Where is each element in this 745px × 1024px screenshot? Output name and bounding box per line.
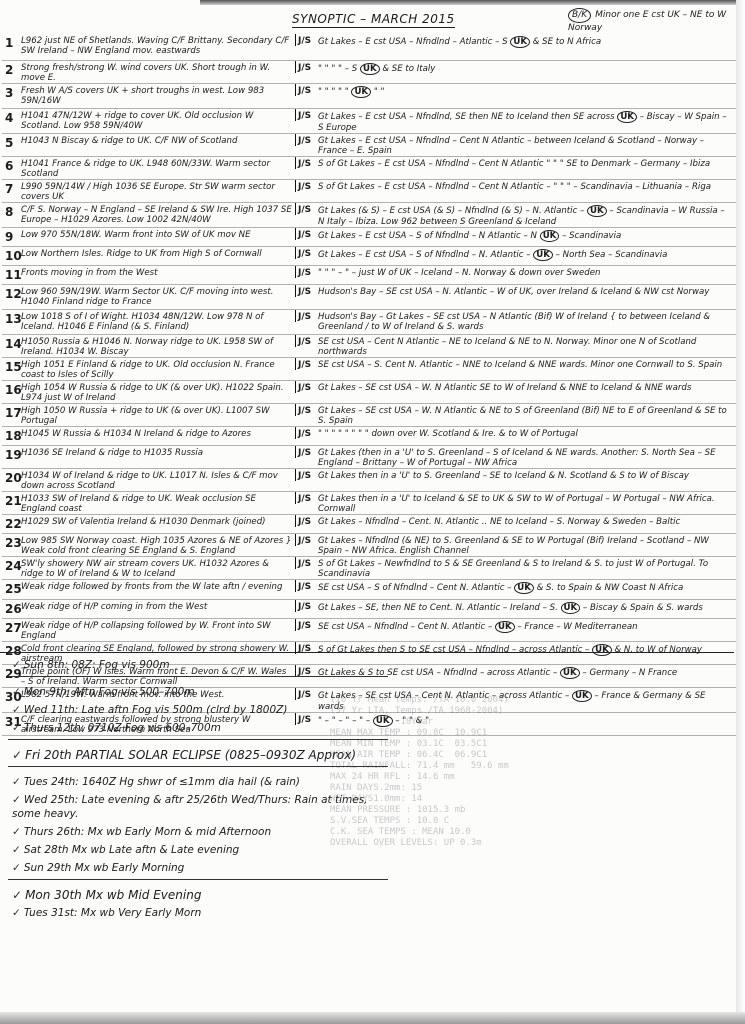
jet-stream-path: Gt Lakes (then in a 'U' to S. Greenland … [318, 446, 737, 468]
uk-circle: UK [514, 582, 534, 594]
page-title: SYNOPTIC – MARCH 2015 [292, 12, 455, 28]
note-text: Thurs 26th: Mx wb Early Morn & mid After… [24, 826, 271, 838]
jet-stream-label: J/S [295, 492, 318, 504]
jet-stream-path: Gt Lakes then in a 'U' to S. Greenland –… [318, 469, 737, 481]
jet-stream-label: J/S [295, 358, 318, 370]
day-number: 13 [2, 310, 21, 328]
weather-note: ✓Sun 8th: 08Z: Fog vis 900m [8, 656, 388, 677]
day-number: 11 [2, 266, 21, 284]
day-number: 6 [2, 157, 21, 175]
checkmark-icon: ✓ [12, 862, 21, 874]
jet-path-after: – " " & " [395, 716, 429, 726]
checkmark-icon: ✓ [12, 659, 21, 671]
jet-stream-label: J/S [295, 285, 318, 297]
jet-stream-label: J/S [295, 34, 318, 46]
checkmark-icon: ✓ [12, 722, 21, 734]
checkmark-icon: ✓ [12, 844, 21, 856]
day-number: 3 [2, 84, 21, 102]
day-number: 15 [2, 358, 21, 376]
day-number: 22 [2, 515, 21, 533]
jet-path-after: – Biscay & Spain & S. wards [583, 603, 703, 613]
scan-edge-top [200, 0, 745, 5]
jet-stream-path: Gt Lakes – E cst USA – S of Nfndlnd – N … [318, 228, 737, 242]
day-row: 23Low 985 SW Norway coast. High 1035 Azo… [2, 534, 737, 557]
jet-stream-path: SE cst USA – S. Cent N. Atlantic – NNE t… [318, 358, 737, 370]
jet-path-text: Gt Lakes – Nfndlnd (& NE) to S. Greenlan… [318, 536, 709, 556]
jet-path-text: SE cst USA – S. Cent N. Atlantic – NNE t… [318, 360, 722, 370]
note-text: Mon 30th Mx wb Mid Evening [25, 888, 201, 902]
synoptic-description: Fronts moving in from the West [21, 266, 293, 278]
scanned-page: (10 Yr Mean Temps: /TA 10.0 2004)(37 Yr … [0, 0, 737, 1012]
weather-note: ✓Mon 30th Mx wb Mid Evening [8, 886, 388, 904]
jet-path-text: Gt Lakes (& S) – E cst USA (& S) – Nfndl… [318, 206, 584, 216]
weather-note: ✓Thurs 12th: 0710Z Fog vis 600–700m [8, 719, 388, 740]
checkmark-icon: ✓ [12, 704, 21, 716]
day-number: 12 [2, 285, 21, 303]
synoptic-description: H1041 47N/12W + ridge to cover UK. Old o… [21, 109, 293, 131]
day-row: 16High 1054 W Russia & ridge to UK (& ov… [2, 381, 737, 404]
day-number: 25 [2, 580, 21, 598]
jet-stream-path: Gt Lakes – SE cst USA – W. N Atlantic & … [318, 404, 737, 426]
day-row: 8C/F S. Norway – N England – SE Ireland … [2, 203, 737, 228]
jet-stream-path: Gt Lakes – E cst USA – Nfndlnd – Atlanti… [318, 34, 737, 48]
jet-path-text: S of Gt Lakes – Newfndlnd to S & SE Gree… [318, 559, 708, 579]
jet-stream-path: SE cst USA – Cent N Atlantic – NE to Ice… [318, 335, 737, 357]
jet-path-after: & N. to W of Norway [614, 645, 702, 655]
day-row: 3Fresh W A/S covers UK + short troughs i… [2, 84, 737, 109]
day-number: 18 [2, 427, 21, 445]
day-row: 25Weak ridge followed by fronts from the… [2, 580, 737, 600]
synoptic-description: H1045 W Russia & H1034 N Ireland & ridge… [21, 427, 293, 439]
synoptic-description: Weak ridge of H/P coming in from the Wes… [21, 600, 293, 612]
synoptic-description: H1041 France & ridge to UK. L948 60N/33W… [21, 157, 293, 179]
day-number: 5 [2, 134, 21, 152]
synoptic-description: H1029 SW of Valentia Ireland & H1030 Den… [21, 515, 293, 527]
synoptic-description: High 1054 W Russia & ridge to UK (& over… [21, 381, 293, 403]
day-row: 13Low 1018 S of I of Wight. H1034 48N/12… [2, 310, 737, 335]
jet-path-text: S of Gt Lakes – E cst USA – Nfndlnd – Ce… [318, 159, 710, 169]
day-row: 1L962 just NE of Shetlands. Waving C/F B… [2, 34, 737, 61]
synoptic-description: High 1051 E Finland & ridge to UK. Old o… [21, 358, 293, 380]
weather-note: ✓Sat 28th Mx wb Late aftn & Late evening [8, 841, 388, 859]
jet-stream-path: Gt Lakes – E cst USA – S of Nfndlnd – N.… [318, 247, 737, 261]
jet-path-text: " " " – " – just W of UK – Iceland – N. … [318, 268, 600, 278]
jet-stream-label: J/S [295, 515, 318, 527]
synoptic-description: H1043 N Biscay & ridge to UK. C/F NW of … [21, 134, 293, 146]
synoptic-description: Weak ridge followed by fronts from the W… [21, 580, 293, 592]
jet-stream-path: S of Gt Lakes – E cst USA – Nfndlnd – Ce… [318, 180, 737, 192]
day-row: 17High 1050 W Russia + ridge to UK (& ov… [2, 404, 737, 427]
day-row: 24SW'ly showery NW air stream covers UK.… [2, 557, 737, 580]
uk-circle: UK [561, 602, 581, 614]
header-note: B/KMinor one E cst UK – NE to W Norway [568, 8, 738, 34]
jet-stream-label: J/S [295, 109, 318, 121]
jet-stream-path: Gt Lakes – Nfndlnd (& NE) to S. Greenlan… [318, 534, 737, 556]
synoptic-description: H1034 W of Ireland & ridge to UK. L1017 … [21, 469, 293, 491]
synoptic-description: Low 1018 S of I of Wight. H1034 48N/12W.… [21, 310, 293, 332]
jet-stream-label: J/S [295, 557, 318, 569]
synoptic-description: L962 just NE of Shetlands. Waving C/F Br… [21, 34, 293, 56]
jet-stream-label: J/S [295, 580, 318, 592]
jet-path-after: – North Sea – Scandinavia [556, 250, 668, 260]
jet-stream-path: Gt Lakes – SE cst USA – W. N Atlantic SE… [318, 381, 737, 393]
uk-circle: UK [533, 249, 553, 261]
day-row: 5H1043 N Biscay & ridge to UK. C/F NW of… [2, 134, 737, 157]
jet-stream-label: J/S [295, 310, 318, 322]
day-row: 14H1050 Russia & H1046 N. Norway ridge t… [2, 335, 737, 358]
checkmark-icon: ✓ [12, 776, 21, 788]
jet-path-text: Gt Lakes (then in a 'U' to S. Greenland … [318, 448, 716, 468]
day-row: 22H1029 SW of Valentia Ireland & H1030 D… [2, 515, 737, 534]
jet-path-text: Gt Lakes – Nfndlnd – Cent. N. Atlantic .… [318, 517, 680, 527]
day-number: 2 [2, 61, 21, 79]
daily-log-table: 1L962 just NE of Shetlands. Waving C/F B… [2, 34, 737, 736]
jet-stream-label: J/S [295, 180, 318, 192]
day-row: 27Weak ridge of H/P collapsing followed … [2, 619, 737, 642]
synoptic-description: Fresh W A/S covers UK + short troughs in… [21, 84, 293, 106]
jet-path-text: S of Gt Lakes then S to SE cst USA – Nfn… [318, 645, 589, 655]
jet-stream-path: Gt Lakes – E cst USA – Nfndlnd – Cent N … [318, 134, 737, 156]
jet-stream-path: SE cst USA – Nfndlnd – Cent N. Atlantic … [318, 619, 737, 633]
jet-stream-label: J/S [295, 469, 318, 481]
jet-path-text: " " " " " [318, 87, 349, 97]
uk-circle: UK [351, 86, 371, 98]
jet-stream-path: S of Gt Lakes then S to SE cst USA – Nfn… [318, 642, 737, 656]
weather-note: ✓Tues 31st: Mx wb Very Early Morn [8, 904, 388, 922]
jet-stream-label: J/S [295, 84, 318, 96]
note-text: Wed 11th: Late aftn Fog vis 500m (clrd b… [24, 704, 288, 716]
jet-stream-path: Gt Lakes then in a 'U' to Iceland & SE t… [318, 492, 737, 514]
weather-note: ✓Mon 9th: Aftn Fog vis 500–700m [8, 683, 388, 701]
synoptic-description: Low 970 55N/18W. Warm front into SW of U… [21, 228, 293, 240]
synoptic-description: H1050 Russia & H1046 N. Norway ridge to … [21, 335, 293, 357]
day-row: 19H1036 SE Ireland & ridge to H1035 Russ… [2, 446, 737, 469]
note-text: Wed 25th: Late evening & aftr 25/26th We… [12, 794, 368, 820]
synoptic-description: Low Northern Isles. Ridge to UK from Hig… [21, 247, 293, 259]
jet-path-after: – France – W Mediterranean [517, 622, 637, 632]
day-number: 8 [2, 203, 21, 221]
jet-stream-path: " " " – " – just W of UK – Iceland – N. … [318, 266, 737, 278]
weather-note: ✓Wed 25th: Late evening & aftr 25/26th W… [8, 791, 388, 823]
day-number: 17 [2, 404, 21, 422]
jet-stream-path: S of Gt Lakes – E cst USA – Nfndlnd – Ce… [318, 157, 737, 169]
jet-path-text: " " " " – S [318, 64, 357, 74]
note-text: Tues 31st: Mx wb Very Early Morn [24, 907, 202, 919]
notes-section: ✓Sun 8th: 08Z: Fog vis 900m✓Mon 9th: Aft… [8, 656, 388, 922]
weather-note: ✓Sun 29th Mx wb Early Morning [8, 859, 388, 880]
day-number: 4 [2, 109, 21, 127]
jet-stream-path: S of Gt Lakes – Newfndlnd to S & SE Gree… [318, 557, 737, 579]
section-divider [0, 652, 734, 653]
weather-note: ✓Tues 24th: 1640Z Hg shwr of ≤1mm dia ha… [8, 773, 388, 791]
day-number: 10 [2, 247, 21, 265]
checkmark-icon: ✓ [12, 826, 21, 838]
header-note-text: Minor one E cst UK – NE to W Norway [568, 10, 726, 33]
weather-note: ✓Wed 11th: Late aftn Fog vis 500m (clrd … [8, 701, 388, 719]
jet-path-text: Gt Lakes – E cst USA – Nfndlnd, SE then … [318, 112, 615, 122]
jet-path-text: Gt Lakes then in a 'U' to S. Greenland –… [318, 471, 689, 481]
day-number: 16 [2, 381, 21, 399]
synoptic-description: Strong fresh/strong W. wind covers UK. S… [21, 61, 293, 83]
jet-stream-label: J/S [295, 228, 318, 240]
synoptic-description: Low 960 59N/19W. Warm Sector UK. C/F mov… [21, 285, 293, 307]
day-number: 19 [2, 446, 21, 464]
day-row: 18H1045 W Russia & H1034 N Ireland & rid… [2, 427, 737, 446]
jet-stream-path: Gt Lakes – Nfndlnd – Cent. N. Atlantic .… [318, 515, 737, 527]
jet-stream-label: J/S [295, 619, 318, 631]
jet-stream-label: J/S [295, 266, 318, 278]
jet-path-after: & S. to Spain & NW Coast N Africa [537, 583, 684, 593]
synoptic-description: SW'ly showery NW air stream covers UK. H… [21, 557, 293, 579]
jet-path-text: SE cst USA – S of Nfndlnd – Cent N. Atla… [318, 583, 512, 593]
jet-stream-label: J/S [295, 203, 318, 215]
jet-stream-path: Hudson's Bay – Gt Lakes – SE cst USA – N… [318, 310, 737, 332]
scan-edge-bottom [0, 1012, 745, 1024]
note-text: Mon 9th: Aftn Fog vis 500–700m [24, 686, 195, 698]
jet-stream-path: Gt Lakes (& S) – E cst USA (& S) – Nfndl… [318, 203, 737, 227]
synoptic-description: High 1050 W Russia + ridge to UK (& over… [21, 404, 293, 426]
jet-path-text: Gt Lakes then in a 'U' to Iceland & SE t… [318, 494, 715, 514]
day-number: 26 [2, 600, 21, 618]
jet-stream-label: J/S [295, 534, 318, 546]
day-row: 26Weak ridge of H/P coming in from the W… [2, 600, 737, 619]
jet-path-after: – Scandinavia [562, 231, 621, 241]
uk-circle: UK [510, 36, 530, 48]
weather-note: ✓Fri 20th PARTIAL SOLAR ECLIPSE (0825–09… [8, 746, 388, 767]
uk-circle: UK [495, 621, 515, 633]
note-text: Fri 20th PARTIAL SOLAR ECLIPSE (0825–093… [25, 748, 356, 762]
checkmark-icon: ✓ [12, 748, 22, 762]
day-row: 15High 1051 E Finland & ridge to UK. Old… [2, 358, 737, 381]
day-row: 9Low 970 55N/18W. Warm front into SW of … [2, 228, 737, 247]
jet-path-text: S of Gt Lakes – E cst USA – Nfndlnd – Ce… [318, 182, 711, 192]
synoptic-description: Low 985 SW Norway coast. High 1035 Azore… [21, 534, 293, 556]
uk-circle: UK [360, 63, 380, 75]
day-row: 6H1041 France & ridge to UK. L948 60N/33… [2, 157, 737, 180]
jet-path-text: SE cst USA – Nfndlnd – Cent N. Atlantic … [318, 622, 492, 632]
jet-stream-label: J/S [295, 247, 318, 259]
jet-stream-path: " " " " – S UK & SE to Italy [318, 61, 737, 75]
checkmark-icon: ✓ [12, 888, 22, 902]
day-row: 21H1033 SW of Ireland & ridge to UK. Wea… [2, 492, 737, 515]
jet-stream-label: J/S [295, 134, 318, 146]
jet-stream-path: Gt Lakes – E cst USA – Nfndlnd, SE then … [318, 109, 737, 133]
day-number: 27 [2, 619, 21, 637]
jet-path-after: " " [374, 87, 385, 97]
day-row: 7L990 59N/14W / High 1036 SE Europe. Str… [2, 180, 737, 203]
note-text: Sun 8th: 08Z: Fog vis 900m [24, 659, 170, 671]
day-number: 20 [2, 469, 21, 487]
synoptic-description: Weak ridge of H/P collapsing followed by… [21, 619, 293, 641]
day-number: 23 [2, 534, 21, 552]
uk-circle: UK [540, 230, 560, 242]
jet-stream-label: J/S [295, 600, 318, 612]
jet-stream-label: J/S [295, 157, 318, 169]
jet-stream-path: SE cst USA – S of Nfndlnd – Cent N. Atla… [318, 580, 737, 594]
day-number: 21 [2, 492, 21, 510]
uk-circle: UK [572, 690, 592, 702]
day-row: 2Strong fresh/strong W. wind covers UK. … [2, 61, 737, 84]
jet-path-text: Hudson's Bay – Gt Lakes – SE cst USA – N… [318, 312, 710, 332]
synoptic-description: H1036 SE Ireland & ridge to H1035 Russia [21, 446, 293, 458]
scan-edge-right [736, 0, 745, 1024]
synoptic-description: L990 59N/14W / High 1036 SE Europe. Str … [21, 180, 293, 202]
jet-path-text: Gt Lakes – E cst USA – S of Nfndlnd – N.… [318, 250, 531, 260]
jet-path-text: Gt Lakes – SE cst USA – W. N Atlantic & … [318, 406, 727, 426]
synoptic-description: H1033 SW of Ireland & ridge to UK. Weak … [21, 492, 293, 514]
jet-path-text: Gt Lakes – SE, then NE to Cent. N. Atlan… [318, 603, 558, 613]
jet-path-text: Gt Lakes – E cst USA – Nfndlnd – Atlanti… [318, 37, 508, 47]
jet-path-text: " " " " " " " " down over W. Scotland & … [318, 429, 578, 439]
jet-path-text: Gt Lakes – SE cst USA – W. N Atlantic SE… [318, 383, 691, 393]
checkmark-icon: ✓ [12, 794, 21, 806]
note-text: Tues 24th: 1640Z Hg shwr of ≤1mm dia hai… [24, 776, 300, 788]
day-number: 7 [2, 180, 21, 198]
bif-circle-label: B/K [568, 8, 591, 23]
jet-stream-label: J/S [295, 404, 318, 416]
jet-stream-label: J/S [295, 446, 318, 458]
uk-circle: UK [587, 205, 607, 217]
day-row: 4H1041 47N/12W + ridge to cover UK. Old … [2, 109, 737, 134]
jet-stream-path: " " " " " UK " " [318, 84, 737, 98]
day-row: 20H1034 W of Ireland & ridge to UK. L101… [2, 469, 737, 492]
jet-stream-path: " " " " " " " " down over W. Scotland & … [318, 427, 737, 439]
jet-path-text: Gt Lakes – E cst USA – Nfndlnd – Cent N … [318, 136, 704, 156]
uk-circle: UK [617, 111, 637, 123]
jet-stream-path: Gt Lakes – SE, then NE to Cent. N. Atlan… [318, 600, 737, 614]
day-row: 12Low 960 59N/19W. Warm Sector UK. C/F m… [2, 285, 737, 310]
note-text: Sat 28th Mx wb Late aftn & Late evening [24, 844, 239, 856]
jet-stream-label: J/S [295, 335, 318, 347]
jet-path-after: – Germany – N France [582, 668, 677, 678]
jet-path-after: & SE to N Africa [533, 37, 601, 47]
note-text: Thurs 12th: 0710Z Fog vis 600–700m [24, 722, 221, 734]
day-number: 14 [2, 335, 21, 353]
uk-circle: UK [560, 667, 580, 679]
day-number: 24 [2, 557, 21, 575]
jet-path-text: SE cst USA – Cent N Atlantic – NE to Ice… [318, 337, 696, 357]
day-number: 1 [2, 34, 21, 52]
note-text: Sun 29th Mx wb Early Morning [24, 862, 185, 874]
weather-note: ✓Thurs 26th: Mx wb Early Morn & mid Afte… [8, 823, 388, 841]
jet-stream-label: J/S [295, 427, 318, 439]
day-row: 10Low Northern Isles. Ridge to UK from H… [2, 247, 737, 266]
jet-path-text: Hudson's Bay – SE cst USA – N. Atlantic … [318, 287, 709, 297]
jet-stream-path: Hudson's Bay – SE cst USA – N. Atlantic … [318, 285, 737, 297]
synoptic-description: C/F S. Norway – N England – SE Ireland &… [21, 203, 293, 225]
jet-path-text: Gt Lakes – E cst USA – S of Nfndlnd – N … [318, 231, 537, 241]
checkmark-icon: ✓ [12, 907, 21, 919]
checkmark-icon: ✓ [12, 686, 21, 698]
jet-stream-label: J/S [295, 381, 318, 393]
day-row: 11Fronts moving in from the WestJ/S" " "… [2, 266, 737, 285]
day-number: 9 [2, 228, 21, 246]
jet-path-after: & SE to Italy [382, 64, 435, 74]
jet-stream-label: J/S [295, 61, 318, 73]
uk-circle: UK [592, 644, 612, 656]
